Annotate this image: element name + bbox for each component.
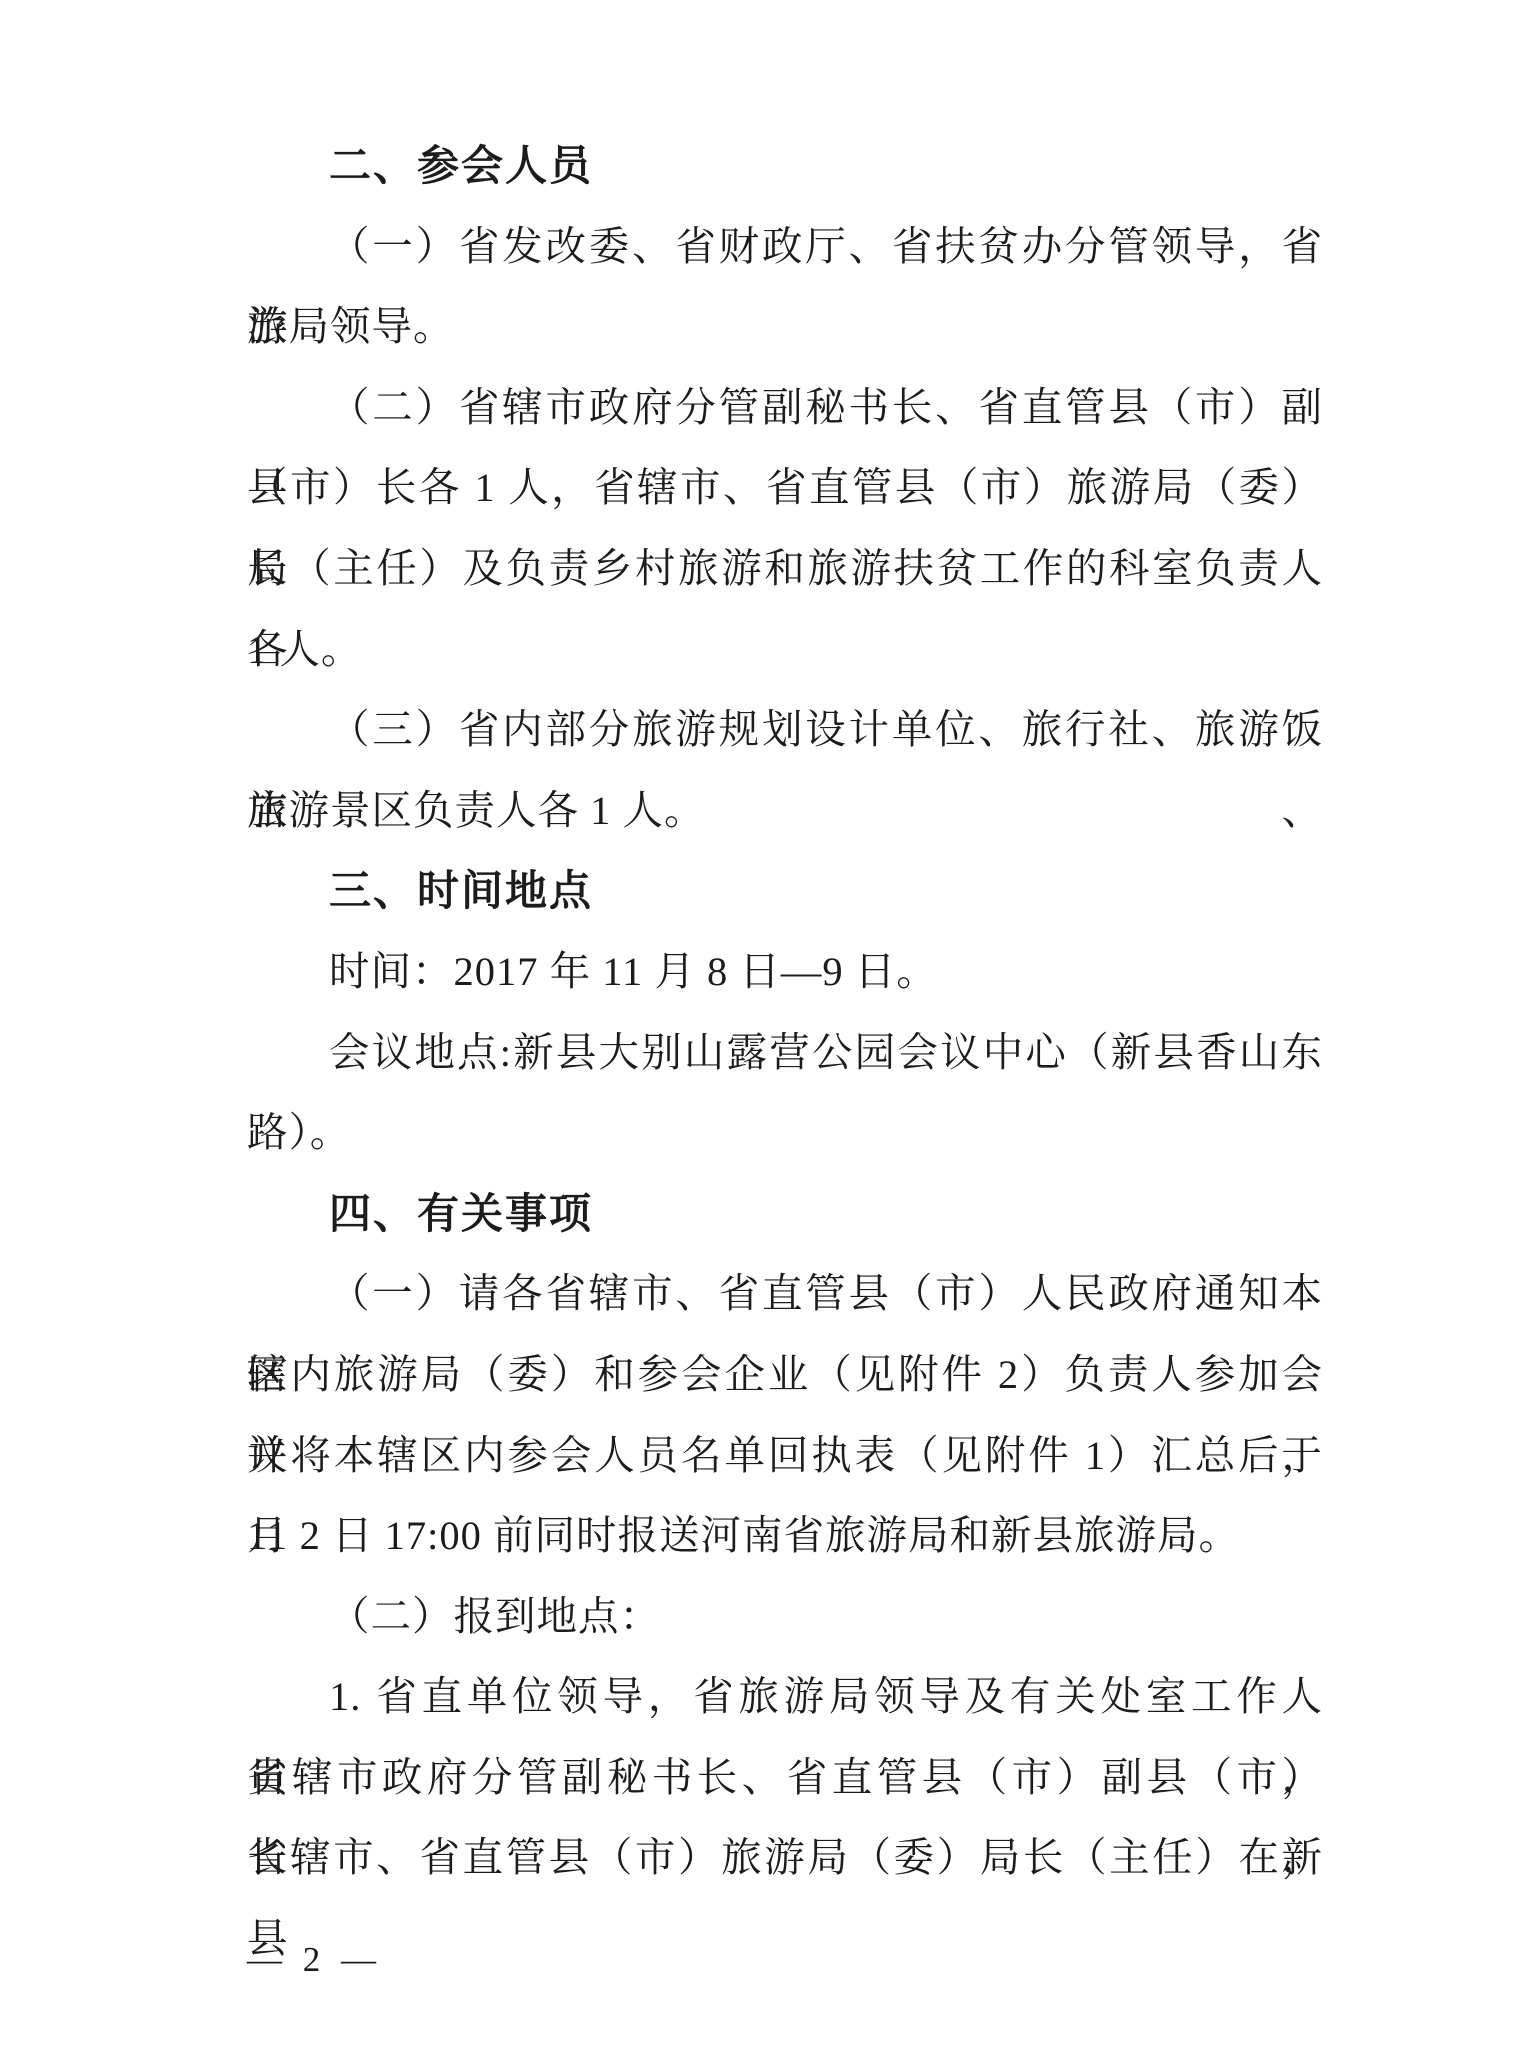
- text-line: 月 2 日 17:00 前同时报送河南省旅游局和新县旅游局。: [247, 1496, 1323, 1577]
- text-line: （二）省辖市政府分管副秘书长、省直管县（市）副县: [247, 368, 1323, 449]
- text-line: 1. 省直单位领导，省旅游局领导及有关处室工作人员，: [247, 1657, 1323, 1738]
- page-number: — 2 —: [247, 1936, 382, 1984]
- text-line: （市）长各 1 人，省辖市、省直管县（市）旅游局（委）局: [247, 448, 1323, 529]
- text-line: 省辖市、省直管县（市）旅游局（委）局长（主任）在新县: [247, 1818, 1323, 1899]
- section-heading: 二、参会人员: [247, 126, 1323, 207]
- document-page: 二、参会人员（一）省发改委、省财政厅、省扶贫办分管领导，省旅游局领导。（二）省辖…: [0, 0, 1536, 2048]
- text-line: （二）报到地点：: [247, 1577, 1323, 1658]
- text-line: （三）省内部分旅游规划设计单位、旅行社、旅游饭店、: [247, 690, 1323, 771]
- text-line: 时间：2017 年 11 月 8 日—9 日。: [247, 932, 1323, 1013]
- text-line: 路）。: [247, 1093, 1323, 1174]
- text-line: 游局领导。: [247, 287, 1323, 368]
- text-line: 区内旅游局（委）和参会企业（见附件 2）负责人参加会议，: [247, 1335, 1323, 1416]
- section-heading: 三、时间地点: [247, 851, 1323, 932]
- text-line: （一）请各省辖市、省直管县（市）人民政府通知本辖: [247, 1254, 1323, 1335]
- text-line: 会议地点:新县大别山露营公园会议中心（新县香山东: [247, 1013, 1323, 1094]
- text-line: 并将本辖区内参会人员名单回执表（见附件 1）汇总后于 11: [247, 1416, 1323, 1497]
- text-line: 省辖市政府分管副秘书长、省直管县（市）副县（市）长，: [247, 1738, 1323, 1819]
- text-line: 长（主任）及负责乡村旅游和旅游扶贫工作的科室负责人各: [247, 529, 1323, 610]
- section-heading: 四、有关事项: [247, 1174, 1323, 1255]
- text-line: 1 人。: [247, 610, 1323, 691]
- text-column: 二、参会人员（一）省发改委、省财政厅、省扶贫办分管领导，省旅游局领导。（二）省辖…: [247, 126, 1323, 1899]
- text-line: （一）省发改委、省财政厅、省扶贫办分管领导，省旅: [247, 207, 1323, 288]
